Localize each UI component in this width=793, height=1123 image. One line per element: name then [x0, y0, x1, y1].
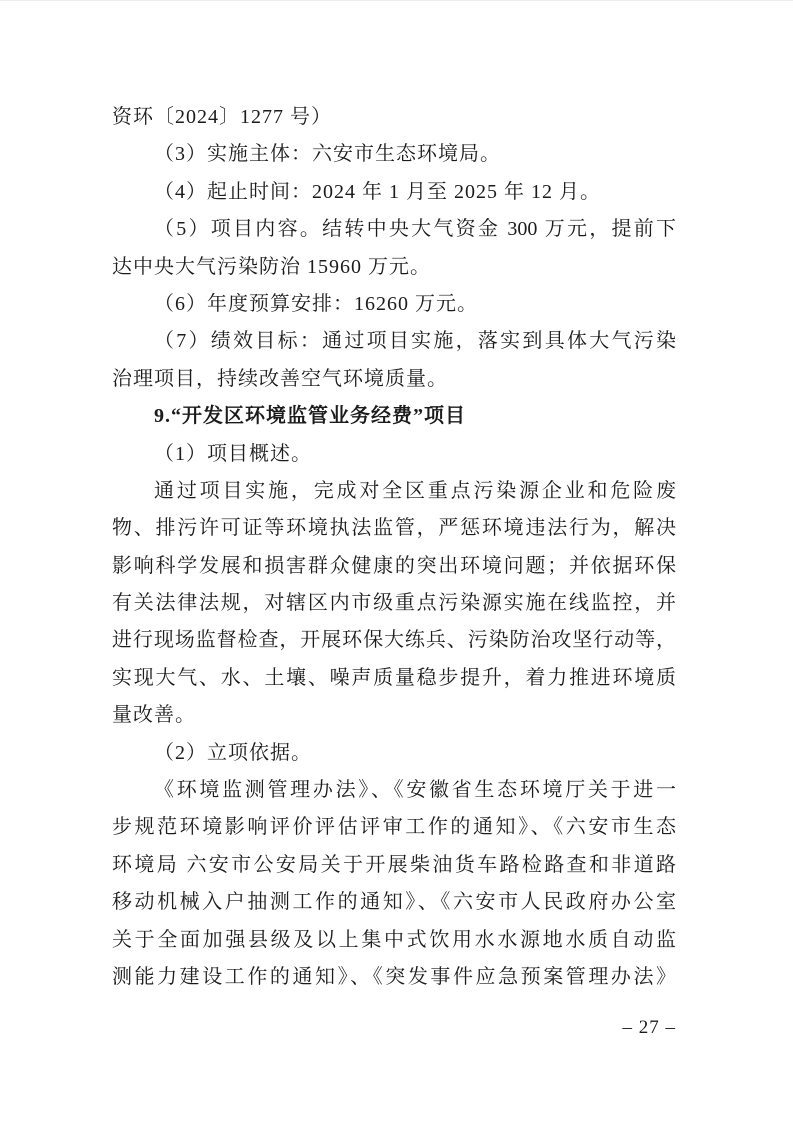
text-line: 测能力建设工作的通知》、《突发事件应急预案管理办法》: [112, 959, 676, 996]
text-line: （6）年度预算安排：16260 万元。: [112, 286, 676, 323]
text-line: 9.“开发区环境监管业务经费”项目: [112, 398, 676, 435]
document-page: 资环〔2024〕1277 号）（3）实施主体：六安市生态环境局。（4）起止时间：…: [0, 0, 793, 1123]
text-line: （7）绩效目标：通过项目实施，落实到具体大气污染: [112, 323, 676, 360]
text-line: 达中央大气污染防治 15960 万元。: [112, 249, 676, 286]
text-line: （2）立项依据。: [112, 735, 676, 772]
text-line: 量改善。: [112, 697, 676, 734]
text-line: 移动机械入户抽测工作的通知》、《六安市人民政府办公室: [112, 884, 676, 921]
text-line: 治理项目，持续改善空气环境质量。: [112, 361, 676, 398]
page-number: – 27 –: [112, 1009, 676, 1046]
text-line: （4）起止时间：2024 年 1 月至 2025 年 12 月。: [112, 174, 676, 211]
text-line: （5）项目内容。结转中央大气资金 300 万元，提前下: [112, 211, 676, 248]
text-line: 步规范环境影响评价评估评审工作的通知》、《六安市生态: [112, 809, 676, 846]
text-line: 通过项目实施，完成对全区重点污染源企业和危险废: [112, 473, 676, 510]
text-line: 有关法律法规，对辖区内市级重点污染源实施在线监控，并: [112, 585, 676, 622]
text-line: 环境局 六安市公安局关于开展柴油货车路检路查和非道路: [112, 847, 676, 884]
text-line: 影响科学发展和损害群众健康的突出环境问题；并依据环保: [112, 548, 676, 585]
document-body: 资环〔2024〕1277 号）（3）实施主体：六安市生态环境局。（4）起止时间：…: [112, 99, 676, 996]
text-line: 物、排污许可证等环境执法监管，严惩环境违法行为，解决: [112, 510, 676, 547]
text-line: （3）实施主体：六安市生态环境局。: [112, 136, 676, 173]
text-line: 关于全面加强县级及以上集中式饮用水水源地水质自动监: [112, 922, 676, 959]
text-line: 实现大气、水、土壤、噪声质量稳步提升，着力推进环境质: [112, 660, 676, 697]
text-line: （1）项目概述。: [112, 436, 676, 473]
text-line: 资环〔2024〕1277 号）: [112, 99, 676, 136]
text-line: 进行现场监督检查，开展环保大练兵、污染防治攻坚行动等，: [112, 622, 676, 659]
text-line: 《环境监测管理办法》、《安徽省生态环境厅关于进一: [112, 772, 676, 809]
